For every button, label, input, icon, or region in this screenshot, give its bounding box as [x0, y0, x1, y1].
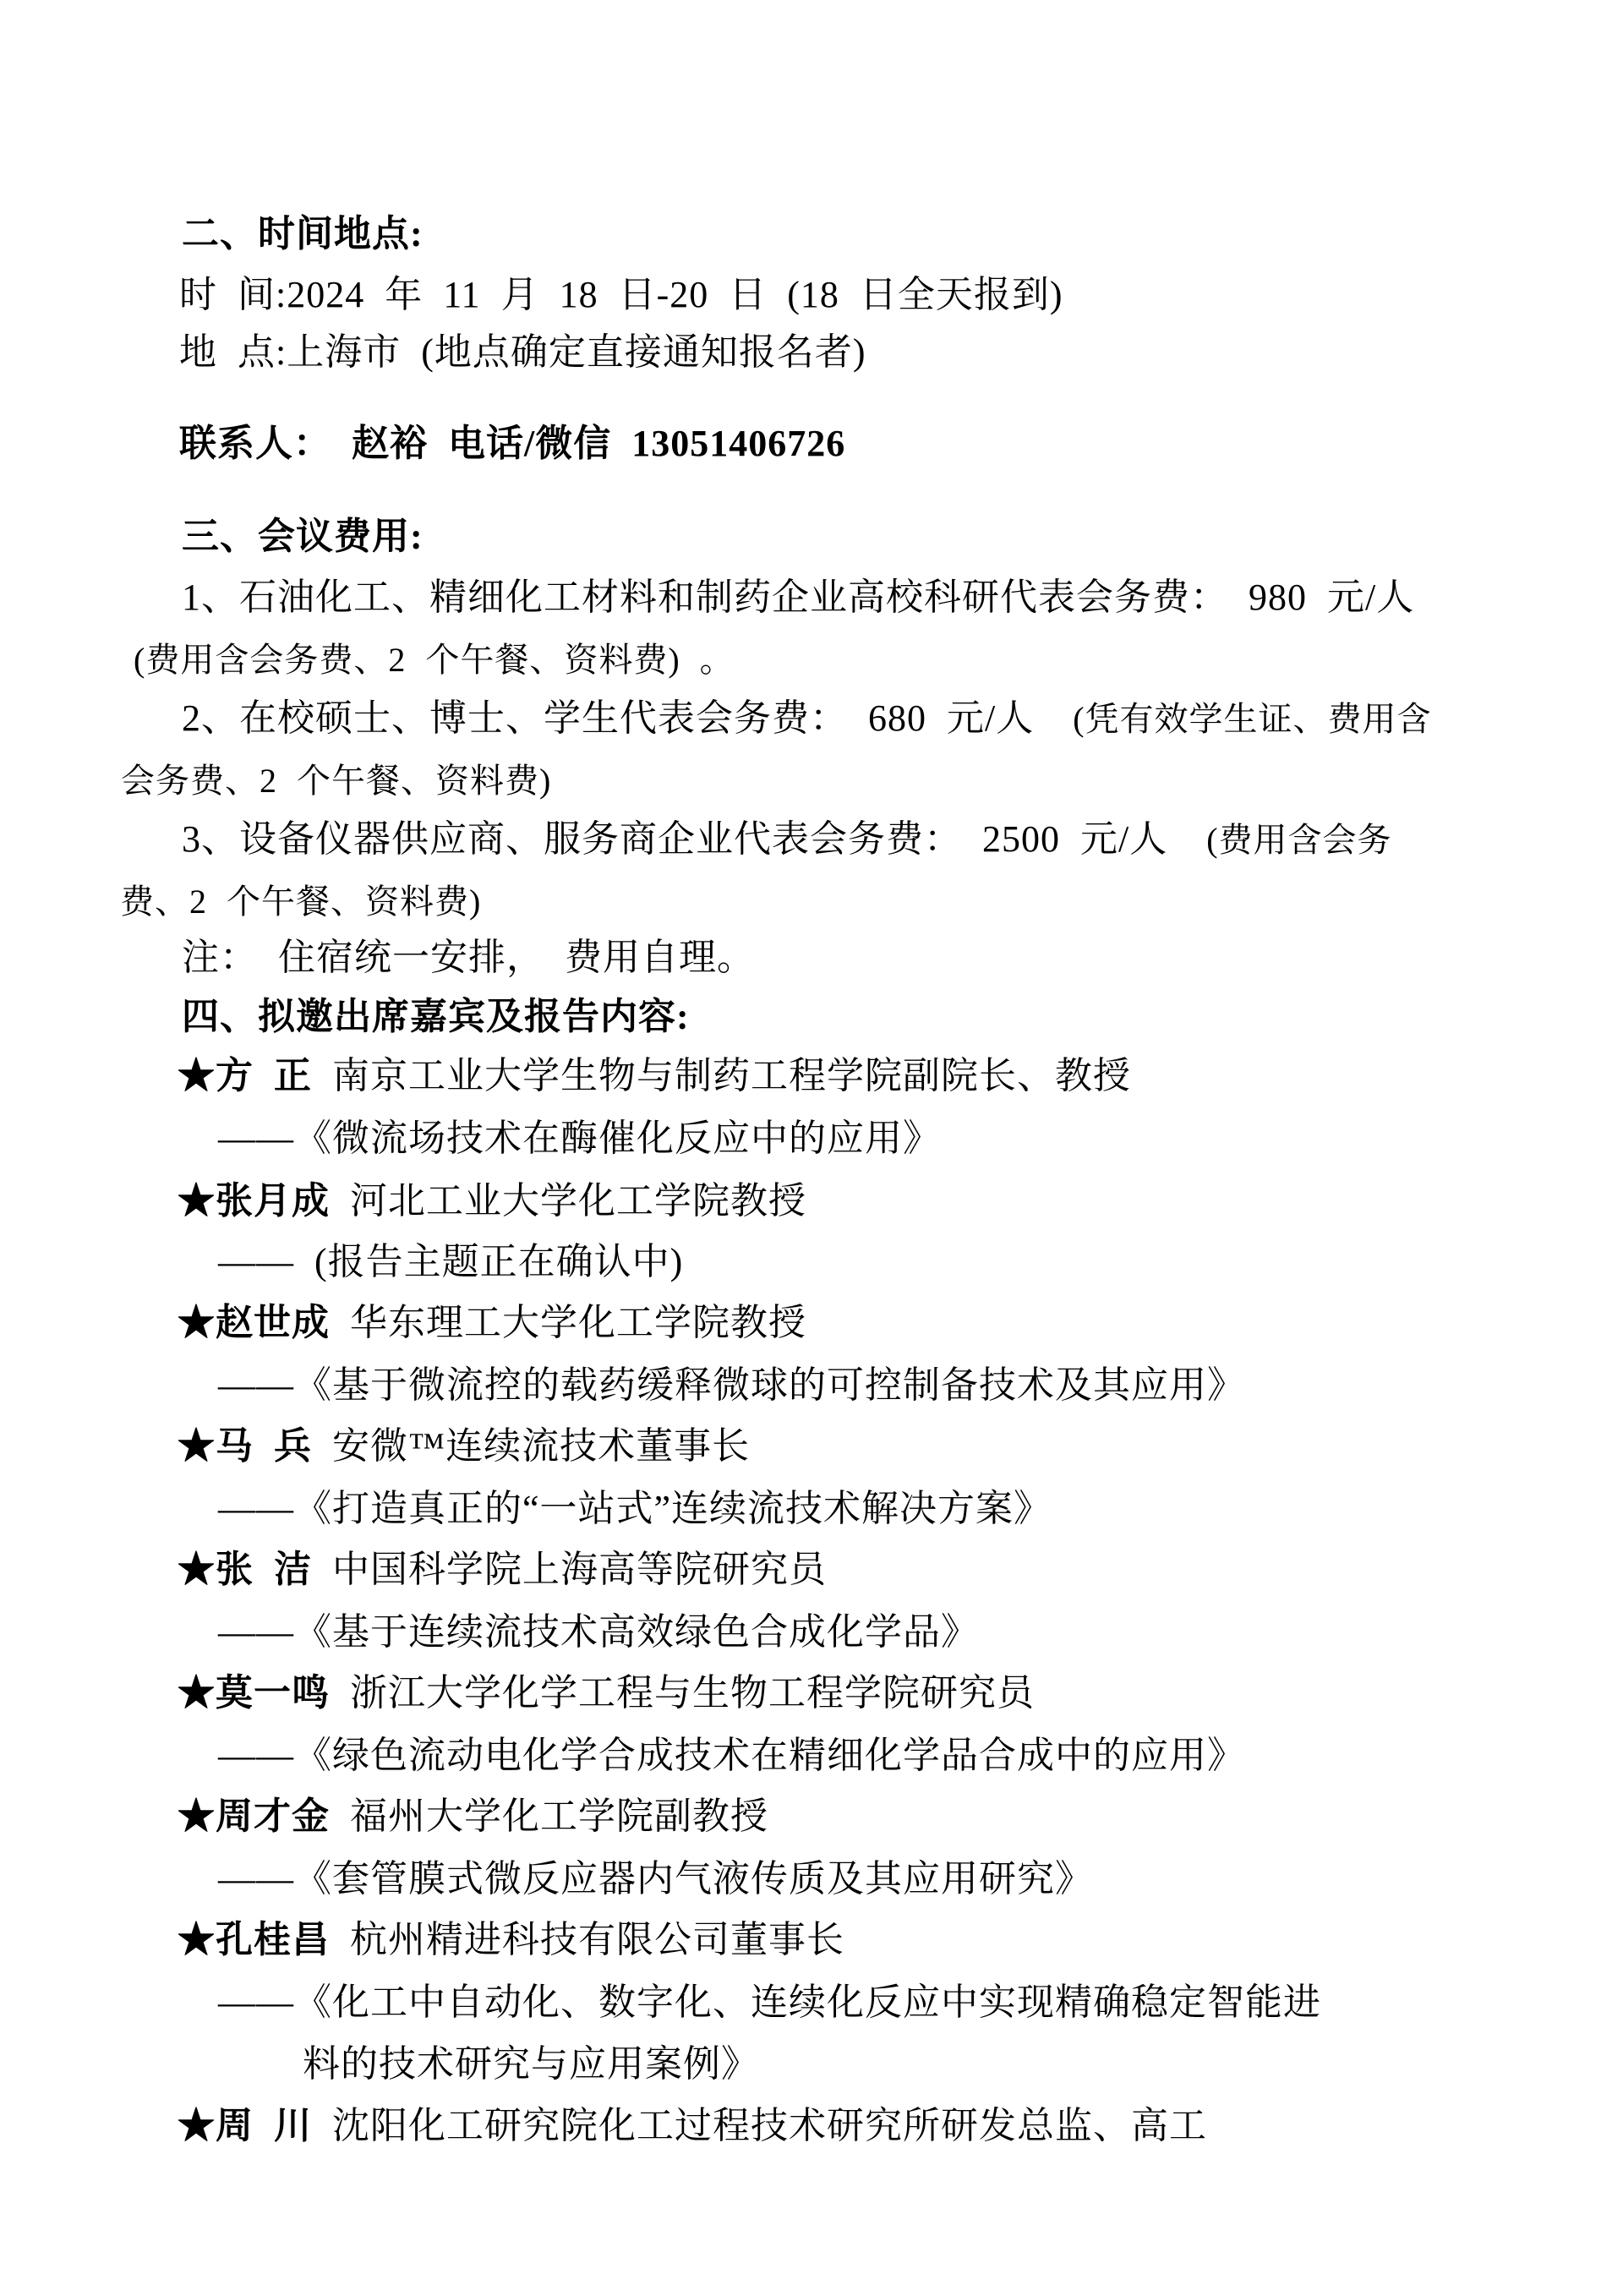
contact-line: 联系人： 赵裕 电话/微信 13051406726: [179, 421, 845, 467]
guest-topic-line-continued: 料的技术研究与应用案例》: [303, 2042, 759, 2087]
guest-topic-line: ——《基于连续流技术高效绿色合成化学品》: [218, 1610, 979, 1655]
star-bullet-icon: ★: [178, 1302, 216, 1343]
heading-text: 二、时间地点:: [182, 213, 424, 254]
guest-topic-line: ——《化工中自动化、数字化、连续化反应中实现精确稳定智能进: [218, 1980, 1321, 2025]
star-bullet-icon: ★: [178, 1919, 216, 1960]
guest-name: 马 兵: [216, 1425, 312, 1467]
note-text: 注： 住宿统一安排， 费用自理。: [182, 937, 755, 978]
guest-line: ★孔桂昌杭州精进科技有限公司董事长: [178, 1917, 844, 1963]
section-heading-guests: 四、拟邀出席嘉宾及报告内容:: [182, 994, 690, 1040]
star-bullet-icon: ★: [178, 1672, 216, 1714]
place-line: 地 点:上海市 (地点确定直接通知报名者): [179, 330, 866, 375]
guest-name: 周 川: [216, 2105, 312, 2146]
guest-name: 张月成: [216, 1180, 330, 1222]
section-heading-fees: 三、会议费用:: [182, 514, 424, 560]
fee-item-1-line-1: 1、石油化工、精细化工材料和制药企业高校科研代表会务费： 980 元/人: [182, 575, 1414, 620]
guest-topic: ——《化工中自动化、数字化、连续化反应中实现精确稳定智能进: [218, 1982, 1321, 2023]
star-bullet-icon: ★: [178, 1425, 216, 1467]
guest-topic-line: ——《绿色流动电化学合成技术在精细化学品合成中的应用》: [218, 1733, 1245, 1779]
guest-affiliation: 中国科学院上海高等院研究员: [332, 1549, 827, 1590]
guest-name: 孔桂昌: [216, 1919, 330, 1960]
fee-item-3-line-1: 3、设备仪器供应商、服务商企业代表会务费： 2500 元/人 (费用含会务: [182, 817, 1392, 863]
fee-item-2-line-2: 会务费、2 个午餐、资料费): [121, 758, 551, 804]
guest-line: ★周才金福州大学化工学院副教授: [178, 1794, 768, 1840]
time-text: 时 间:2024 年 11 月 18 日-20 日 (18 日全天报到): [179, 274, 1063, 315]
guest-line: ★马 兵安微™连续流技术董事长: [178, 1424, 750, 1469]
star-bullet-icon: ★: [178, 1796, 216, 1837]
guest-topic: ——《套管膜式微反应器内气液传质及其应用研究》: [218, 1858, 1093, 1900]
time-line: 时 间:2024 年 11 月 18 日-20 日 (18 日全天报到): [179, 272, 1063, 318]
guest-topic: 料的技术研究与应用案例》: [303, 2043, 759, 2085]
fee-text: 3、设备仪器供应商、服务商企业代表会务费： 2500 元/人: [182, 818, 1167, 860]
guest-name: 莫一鸣: [216, 1672, 330, 1714]
star-bullet-icon: ★: [178, 1055, 216, 1096]
fee-note-text: (费用含会务费、2 个午餐、资料费) 。: [134, 641, 735, 679]
guest-line: ★张 洁中国科学院上海高等院研究员: [178, 1547, 827, 1593]
fees-note-line: 注： 住宿统一安排， 费用自理。: [182, 935, 755, 981]
contact-text: 联系人： 赵裕 电话/微信 13051406726: [179, 423, 845, 464]
fee-note-text: 费、2 个午餐、资料费): [120, 883, 481, 921]
heading-text: 四、拟邀出席嘉宾及报告内容:: [182, 996, 690, 1037]
guest-topic: ——《打造真正的“一站式”连续流技术解决方案》: [218, 1488, 1052, 1529]
guest-topic: —— (报告主题正在确认中): [218, 1241, 683, 1282]
guest-affiliation: 福州大学化工学院副教授: [350, 1796, 768, 1837]
guest-topic: ——《基于连续流技术高效绿色合成化学品》: [218, 1611, 979, 1653]
guest-topic: ——《微流场技术在酶催化反应中的应用》: [218, 1118, 941, 1159]
star-bullet-icon: ★: [178, 1549, 216, 1590]
guest-line: ★方 正南京工业大学生物与制药工程学院副院长、教授: [178, 1053, 1131, 1099]
fee-text: 1、石油化工、精细化工材料和制药企业高校科研代表会务费： 980 元/人: [182, 577, 1414, 618]
guest-name: 周才金: [216, 1796, 330, 1837]
guest-affiliation: 华东理工大学化工学院教授: [350, 1302, 806, 1343]
fee-text: 2、在校硕士、博士、学生代表会务费： 680 元/人: [182, 697, 1034, 739]
guest-name: 张 洁: [216, 1549, 312, 1590]
guest-topic-line: ——《打造真正的“一站式”连续流技术解决方案》: [218, 1486, 1052, 1532]
document-page: 二、时间地点: 时 间:2024 年 11 月 18 日-20 日 (18 日全…: [0, 0, 1623, 2296]
guest-topic-line: ——《基于微流控的载药缓释微球的可控制备技术及其应用》: [218, 1363, 1245, 1408]
guest-topic-line: ——《微流场技术在酶催化反应中的应用》: [218, 1116, 941, 1162]
guest-line: ★赵世成华东理工大学化工学院教授: [178, 1300, 806, 1346]
guest-topic: ——《基于微流控的载药缓释微球的可控制备技术及其应用》: [218, 1364, 1245, 1406]
section-heading-time-place: 二、时间地点:: [182, 211, 424, 257]
guest-line: ★周 川沈阳化工研究院化工过程技术研究所研发总监、高工: [178, 2103, 1207, 2149]
star-bullet-icon: ★: [178, 1180, 216, 1222]
fee-item-2-line-1: 2、在校硕士、博士、学生代表会务费： 680 元/人 (凭有效学生证、费用含: [182, 696, 1432, 742]
fee-item-3-line-2: 费、2 个午餐、资料费): [120, 879, 481, 925]
guest-name: 方 正: [216, 1055, 312, 1096]
fee-note-text: (费用含会务: [1167, 821, 1391, 859]
guest-line: ★莫一鸣浙江大学化学工程与生物工程学院研究员: [178, 1670, 1035, 1716]
guest-topic-line: ——《套管膜式微反应器内气液传质及其应用研究》: [218, 1856, 1093, 1902]
guest-affiliation: 安微™连续流技术董事长: [332, 1425, 750, 1467]
guest-name: 赵世成: [216, 1302, 330, 1343]
heading-text: 三、会议费用:: [182, 516, 424, 557]
guest-line: ★张月成河北工业大学化工学院教授: [178, 1178, 806, 1224]
star-bullet-icon: ★: [178, 2105, 216, 2146]
fee-item-1-line-2: (费用含会务费、2 个午餐、资料费) 。: [134, 637, 735, 683]
guest-topic-line: —— (报告主题正在确认中): [218, 1239, 683, 1285]
guest-affiliation: 河北工业大学化工学院教授: [350, 1180, 806, 1222]
fee-note-text: (凭有效学生证、费用含: [1034, 700, 1431, 738]
guest-topic: ——《绿色流动电化学合成技术在精细化学品合成中的应用》: [218, 1735, 1245, 1776]
fee-note-text: 会务费、2 个午餐、资料费): [121, 762, 551, 800]
guest-affiliation: 南京工业大学生物与制药工程学院副院长、教授: [332, 1055, 1131, 1096]
guest-affiliation: 沈阳化工研究院化工过程技术研究所研发总监、高工: [332, 2105, 1207, 2146]
place-text: 地 点:上海市 (地点确定直接通知报名者): [179, 331, 866, 373]
guest-affiliation: 杭州精进科技有限公司董事长: [350, 1919, 844, 1960]
guest-affiliation: 浙江大学化学工程与生物工程学院研究员: [350, 1672, 1035, 1714]
